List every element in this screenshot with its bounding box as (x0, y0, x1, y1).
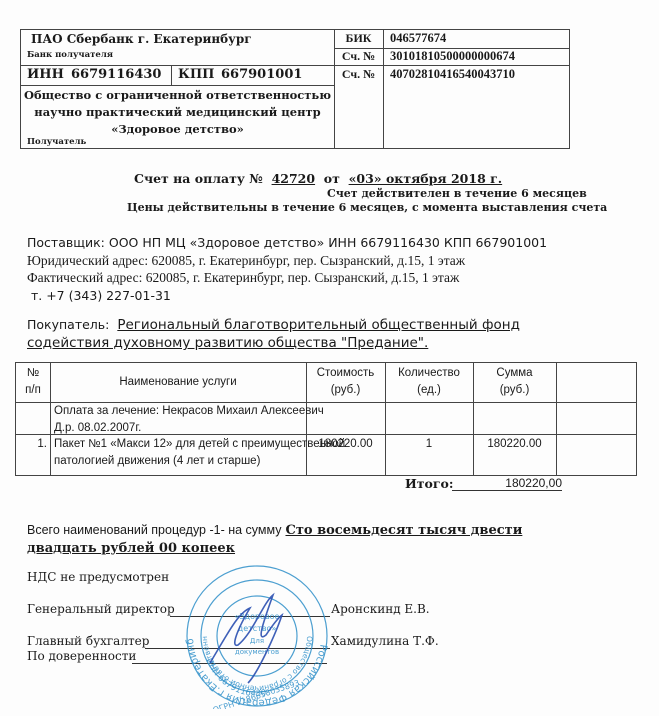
stamp-seal-icon: Российская Федерация г.Екатеринбург Обще… (178, 563, 336, 709)
amount-in-words-line-2: двадцать рублей 00 копеек (27, 540, 522, 558)
bik-value: 046577674 (390, 31, 446, 46)
company-stamp: Российская Федерация г.Екатеринбург Обще… (178, 563, 336, 709)
account-value: 40702810416540043710 (390, 67, 515, 82)
row-1-sum: 180220.00 (473, 436, 556, 453)
director-name: Аронскинд Е.В. (331, 602, 430, 616)
account-label: Сч. № (334, 67, 383, 82)
accountant-label: Главный бухгалтер (27, 634, 149, 648)
accountant-name: Хамидулина Т.Ф. (331, 634, 439, 648)
header-cost-line-2: (руб.) (306, 382, 385, 399)
divider (21, 85, 334, 86)
svg-text:Для: Для (250, 637, 264, 645)
amount-in-words-line-1: Сто восемьдесят тысяч двести (285, 523, 522, 538)
supplier-phone: т. +7 (343) 227-01-31 (27, 287, 547, 305)
recipient-line-3: «Здоровое детство» (21, 122, 334, 136)
row-0-name-line-1: Оплата за лечение: Некрасов Михаил Алекс… (54, 403, 324, 420)
prices-note: Цены действительны в течение 6 месяцев, … (127, 201, 607, 214)
recipient-label: Получатель (27, 137, 86, 147)
header-num-line-1: № (16, 365, 50, 382)
invoice-number: 42720 (272, 171, 316, 186)
divider (556, 363, 557, 475)
header-qty-line-2: (ед.) (385, 382, 473, 399)
bank-details-table: ПАО Сбербанк г. Екатеринбург Банк получа… (20, 29, 570, 149)
invoice-title-prefix: Счет на оплату № (134, 171, 263, 186)
corr-account-value: 30101810500000000674 (390, 49, 515, 64)
bank-label: Банк получателя (27, 50, 113, 60)
supplier-block: Поставщик: ООО НП МЦ «Здоровое детство» … (27, 234, 547, 304)
legal-address: Юридический адрес: 620085, г. Екатеринбу… (27, 252, 547, 270)
row-0-name-line-2: Д.р. 08.02.2007г. (54, 420, 324, 437)
recipient-line-2: научно практический медицинский центр (21, 105, 334, 119)
row-0-name: Оплата за лечение: Некрасов Михаил Алекс… (54, 403, 324, 437)
header-cost: Стоимость (руб.) (306, 365, 385, 399)
row-1-cost: 180220.00 (306, 436, 385, 453)
invoice-date: «03» октября 2018 г. (349, 171, 503, 186)
buyer-label: Покупатель: (27, 317, 109, 332)
row-1-name-line-2: патологией движения (4 лет и старше) (54, 453, 345, 470)
header-service-name: Наименование услуги (50, 374, 306, 391)
inn-label: ИНН (27, 67, 64, 82)
header-sum: Сумма (руб.) (473, 365, 556, 399)
validity-note: Счет действителен в течение 6 месяцев (327, 187, 587, 200)
header-qty: Количество (ед.) (385, 365, 473, 399)
row-1-name: Пакет №1 «Макси 12» для детей с преимуще… (54, 436, 345, 470)
summary-count: Всего наименований процедур -1- на сумму (27, 523, 282, 537)
kpp-label: КПП (178, 67, 214, 82)
summary-block: Всего наименований процедур -1- на сумму… (27, 521, 522, 558)
total-value: 180220,00 (452, 476, 562, 491)
kpp-value: 667901001 (221, 67, 302, 82)
total-label: Итого: (405, 476, 454, 491)
header-num-line-2: п/п (16, 382, 50, 399)
header-qty-line-1: Количество (385, 365, 473, 382)
row-1-num: 1. (16, 436, 47, 453)
row-1-name-line-1: Пакет №1 «Макси 12» для детей с преимуще… (54, 436, 345, 453)
items-table: № п/п Наименование услуги Стоимость (руб… (15, 362, 637, 476)
buyer-name-line-1: Региональный благотворительный обществен… (117, 317, 520, 333)
director-label: Генеральный директор (27, 602, 175, 616)
header-sum-line-2: (руб.) (473, 382, 556, 399)
header-cost-line-1: Стоимость (306, 365, 385, 382)
invoice-date-prefix: от (324, 171, 340, 186)
proxy-label: По доверенности (27, 649, 136, 663)
divider (21, 65, 569, 66)
header-sum-line-1: Сумма (473, 365, 556, 382)
supplier-line: Поставщик: ООО НП МЦ «Здоровое детство» … (27, 234, 547, 252)
invoice-title: Счет на оплату № 42720 от «03» октября 2… (134, 171, 502, 186)
buyer-name-line-2: содействия духовному развитию общества "… (27, 334, 520, 352)
divider (171, 65, 172, 85)
vat-note: НДС не предусмотрен (27, 570, 169, 584)
buyer-block: Покупатель: Региональный благотворительн… (27, 316, 520, 352)
actual-address: Фактический адрес: 620085, г. Екатеринбу… (27, 269, 547, 287)
inn-value: 6679116430 (71, 67, 161, 82)
bik-label: БИК (334, 31, 383, 46)
header-num: № п/п (16, 365, 50, 399)
row-1-qty: 1 (385, 436, 473, 453)
bank-name: ПАО Сбербанк г. Екатеринбург (31, 32, 252, 46)
recipient-line-1: Общество с ограниченной ответственностью (21, 88, 334, 102)
corr-account-label: Сч. № (334, 49, 383, 64)
svg-text:документов: документов (235, 648, 279, 656)
